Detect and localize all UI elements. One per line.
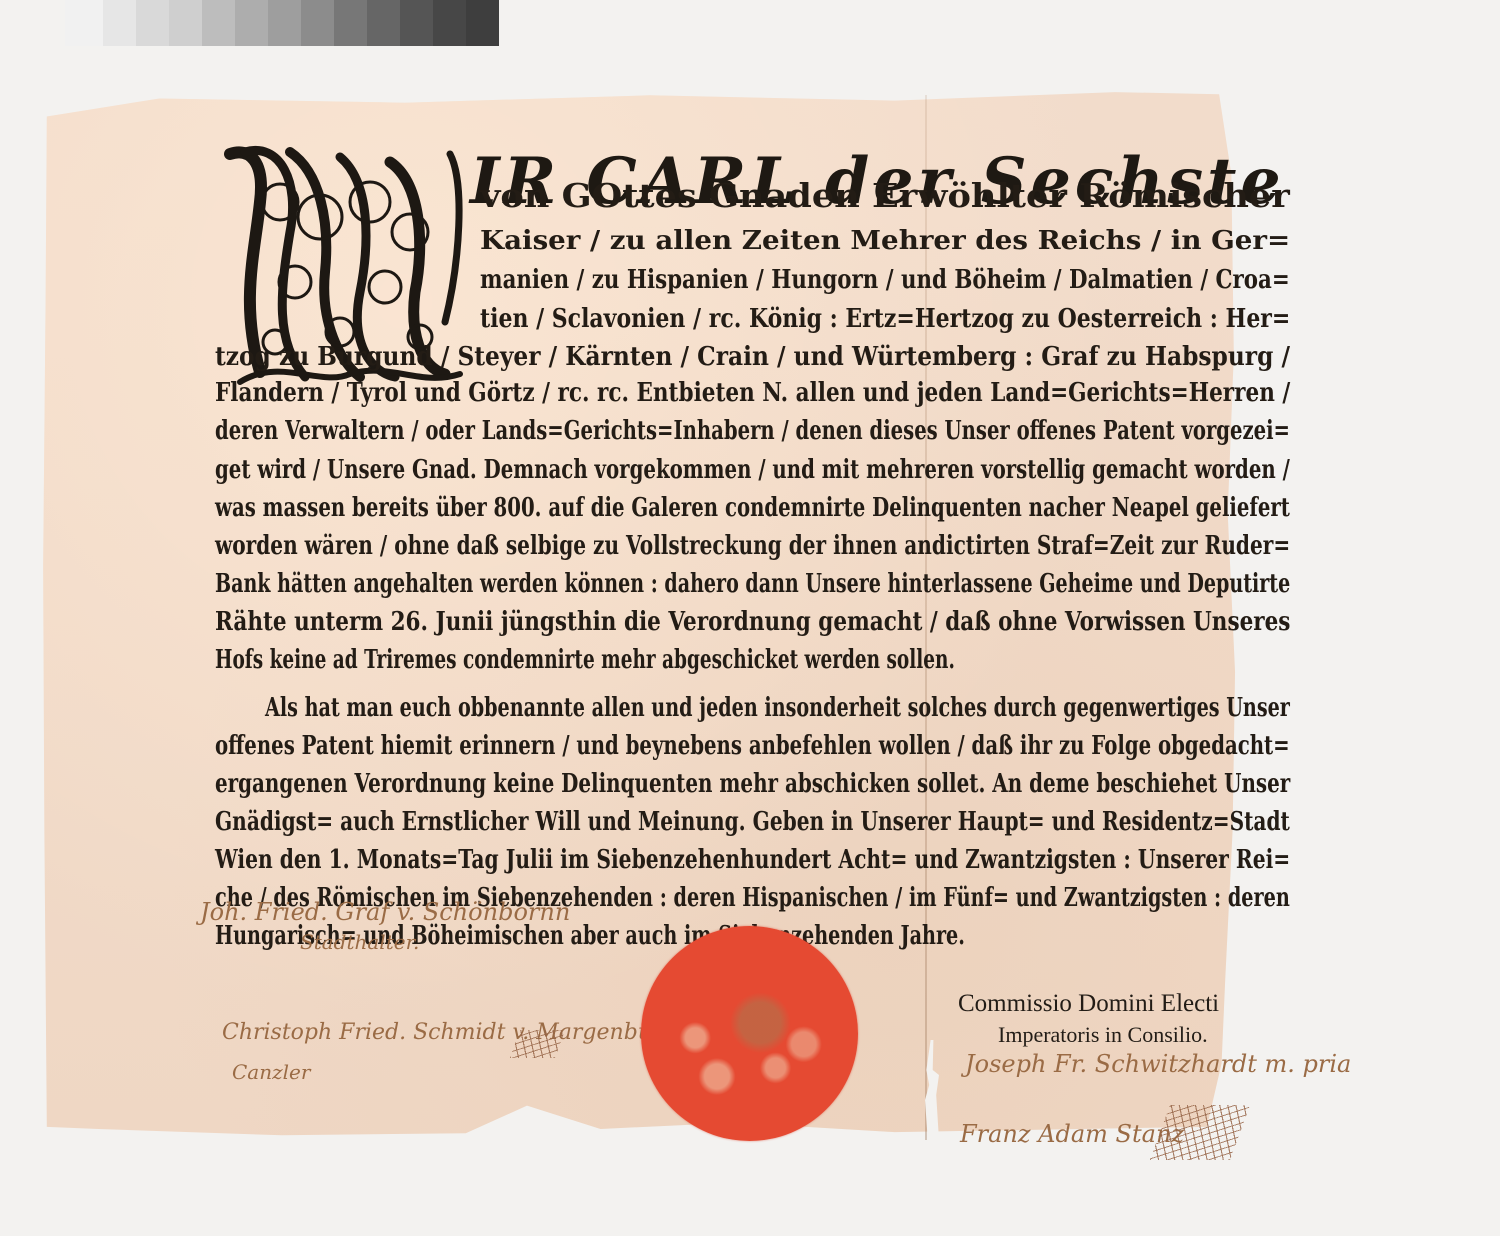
document-line: was massen bereits über 800. auf die Gal… (215, 493, 1290, 523)
signature-chancellor-title: Canzler (232, 1060, 310, 1084)
document-line: get wird / Unsere Gnad. Demnach vorgekom… (215, 455, 1290, 485)
gray-chip (268, 0, 301, 46)
document-line: deren Verwaltern / oder Lands=Gerichts=I… (215, 416, 1290, 446)
imperatoris-subheading: Imperatoris in Consilio. (998, 1022, 1208, 1048)
document-line: offenes Patent hiemit erinnern / und bey… (215, 731, 1290, 761)
signature-governor-title: Stadthalter. (300, 930, 419, 954)
gray-chip (136, 0, 169, 46)
signature-chancellor: Christoph Fried. Schmidt v. Margenburg (222, 1020, 677, 1045)
gray-chip (400, 0, 433, 46)
gray-chip (301, 0, 334, 46)
gray-chip (433, 0, 466, 46)
gray-chip (334, 0, 367, 46)
document-line: Hofs keine ad Triremes condemnirte mehr … (215, 645, 955, 675)
gray-chip (103, 0, 136, 46)
document-line: Kaiser / zu allen Zeiten Mehrer des Reic… (480, 226, 1290, 256)
red-wax-seal (641, 926, 858, 1141)
document-line: Bank hätten angehalten werden können : d… (215, 569, 1290, 599)
document-line: Rähte unterm 26. Junii jüngsthin die Ver… (215, 607, 1290, 637)
gray-chip (235, 0, 268, 46)
document-line: Gnädigst= auch Ernstlicher Will und Mein… (215, 807, 1290, 837)
document-line: Flandern / Tyrol und Görtz / rc. rc. Ent… (215, 378, 1290, 408)
document-line: Wien den 1. Monats=Tag Julii im Siebenze… (215, 845, 1290, 875)
document-line: worden wären / ohne daß selbige zu Volls… (215, 531, 1290, 561)
gray-chip (367, 0, 400, 46)
signature-registrar: Franz Adam Stanz (960, 1120, 1184, 1148)
document-line: Als hat man euch obbenannte allen und je… (265, 693, 1290, 723)
gray-chip (202, 0, 235, 46)
signature-governor: Joh. Fried. Graf v. Schönbornn (200, 898, 570, 926)
document-line: ergangenen Verordnung keine Delinquenten… (215, 769, 1290, 799)
gray-calibration-strip (65, 0, 499, 46)
signature-secretary: Joseph Fr. Schwitzhardt m. pria (965, 1050, 1351, 1078)
document-line: manien / zu Hispanien / Hungorn / und Bö… (480, 265, 1290, 295)
document-line: tien / Sclavonien / rc. König : Ertz=Her… (480, 304, 1290, 334)
document-line: von GOttes Gnaden Erwöhlter Römischer (480, 176, 1290, 215)
gray-chip (169, 0, 202, 46)
document-line: tzog zu Burgund / Steyer / Kärnten / Cra… (215, 342, 1290, 372)
gray-chip (65, 0, 103, 46)
commissio-heading: Commissio Domini Electi (958, 990, 1219, 1018)
gray-chip (466, 0, 499, 46)
